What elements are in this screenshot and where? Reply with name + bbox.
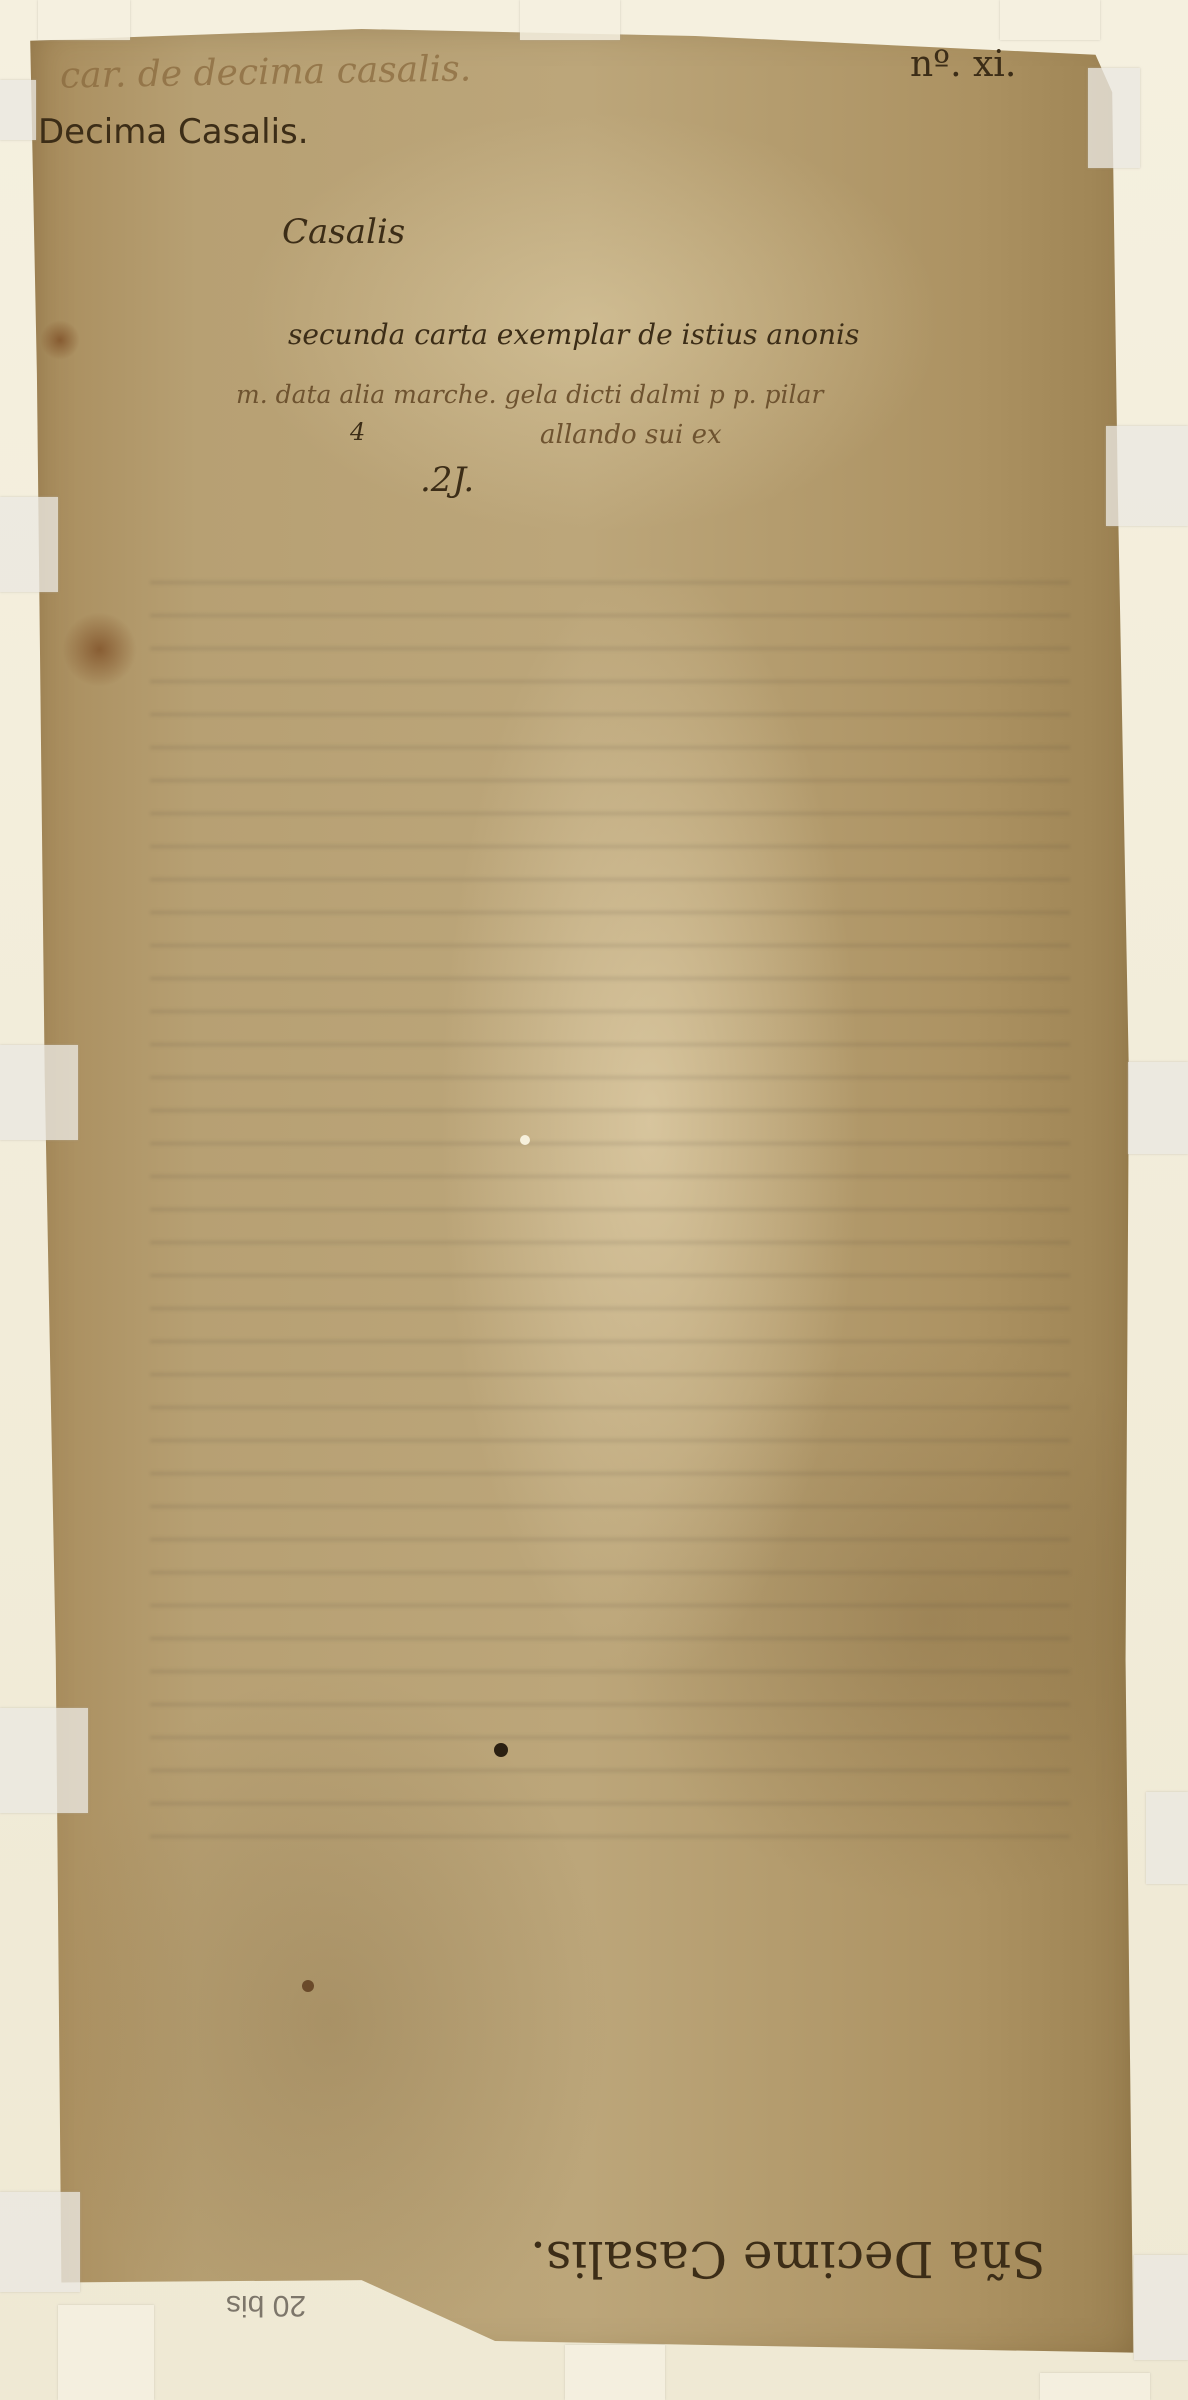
hinge-tape-right — [1128, 1062, 1188, 1154]
parchment-sheet — [28, 22, 1140, 2362]
endorsement-line-3: allando sui ex — [540, 420, 722, 450]
hinge-tape-bottom-right — [1040, 2373, 1150, 2400]
ink-blot — [302, 1980, 314, 1992]
hinge-tape-left — [0, 497, 58, 592]
endorsement-line-1: secunda carta exemplar de istius anonis — [288, 318, 859, 351]
show-through-text — [150, 562, 1070, 1862]
hinge-tape-right — [1146, 1792, 1188, 1884]
faded-top-note: car. de decima casalis. — [60, 48, 472, 96]
hinge-tape-top-left — [38, 0, 130, 40]
pencil-shelfmark: 20 bis — [226, 2288, 306, 2322]
hinge-tape-left — [0, 80, 36, 140]
hinge-tape-left — [0, 2192, 80, 2292]
heading-casalis: Casalis — [282, 212, 405, 252]
hole — [520, 1135, 530, 1145]
marginal-numeral: 4 — [350, 418, 365, 446]
hinge-tape-bottom-center — [565, 2345, 665, 2400]
endorsement-line-2: m. data alia marche. gela dicti dalmi p … — [236, 380, 823, 409]
marginal-mark: .2J. — [420, 460, 474, 500]
title-decima-casalis: Decima Casalis. — [38, 112, 309, 152]
stain-spot — [40, 320, 80, 360]
inverted-endorsement: Sña Decime Casalis. — [530, 2230, 1046, 2288]
hinge-tape-right — [1106, 426, 1188, 526]
hinge-tape-right — [1088, 68, 1140, 168]
hinge-tape-top-center — [520, 0, 620, 40]
hinge-tape-bottom-left — [58, 2305, 154, 2400]
stain-spot — [62, 612, 137, 687]
ink-blot — [494, 1743, 508, 1757]
document-number: nº. xi. — [910, 44, 1016, 85]
hinge-tape-top-right — [1000, 0, 1100, 40]
hinge-tape-left — [0, 1708, 88, 1813]
hinge-tape-left — [0, 1045, 78, 1140]
hinge-tape-right — [1134, 2255, 1188, 2360]
